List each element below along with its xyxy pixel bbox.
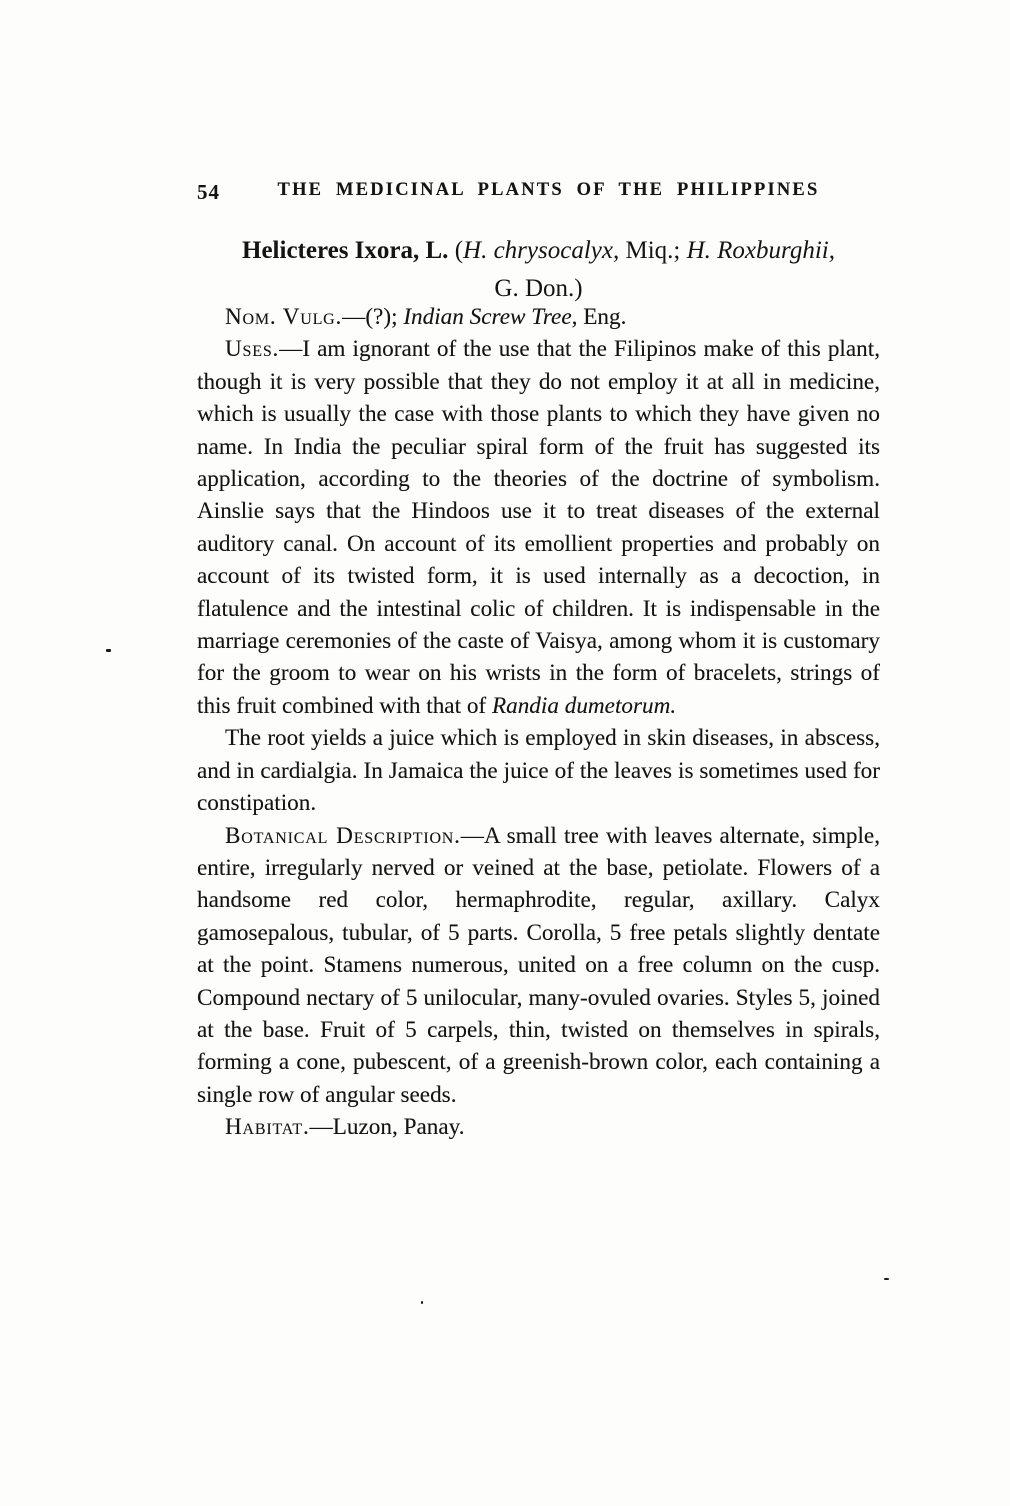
paragraph-botanical-description: Botanical Description.—A small tree with… [197,820,880,1112]
paragraph-root-juice: The root yields a juice which is employe… [197,722,880,819]
paragraph-habitat: Habitat.—Luzon, Panay. [197,1111,880,1143]
page-number: 54 [197,180,220,205]
page-body: Nom. Vulg.—(?); Indian Screw Tree, Eng. … [197,301,880,1144]
paragraph-nom-vulg: Nom. Vulg.—(?); Indian Screw Tree, Eng. [197,301,880,333]
scan-speck [106,649,111,652]
scan-speck [421,1301,423,1304]
species-heading: Helicteres Ixora, L. (H. chrysocalyx, Mi… [197,232,880,308]
scan-speck [884,1278,889,1280]
paragraph-uses: Uses.—I am ignorant of the use that the … [197,333,880,722]
running-title: THE MEDICINAL PLANTS OF THE PHILIPPINES [197,180,880,201]
page-header: 54 THE MEDICINAL PLANTS OF THE PHILIPPIN… [197,180,880,206]
species-heading-line1: Helicteres Ixora, L. (H. chrysocalyx, Mi… [197,232,880,270]
book-page: 54 THE MEDICINAL PLANTS OF THE PHILIPPIN… [0,0,1010,1506]
